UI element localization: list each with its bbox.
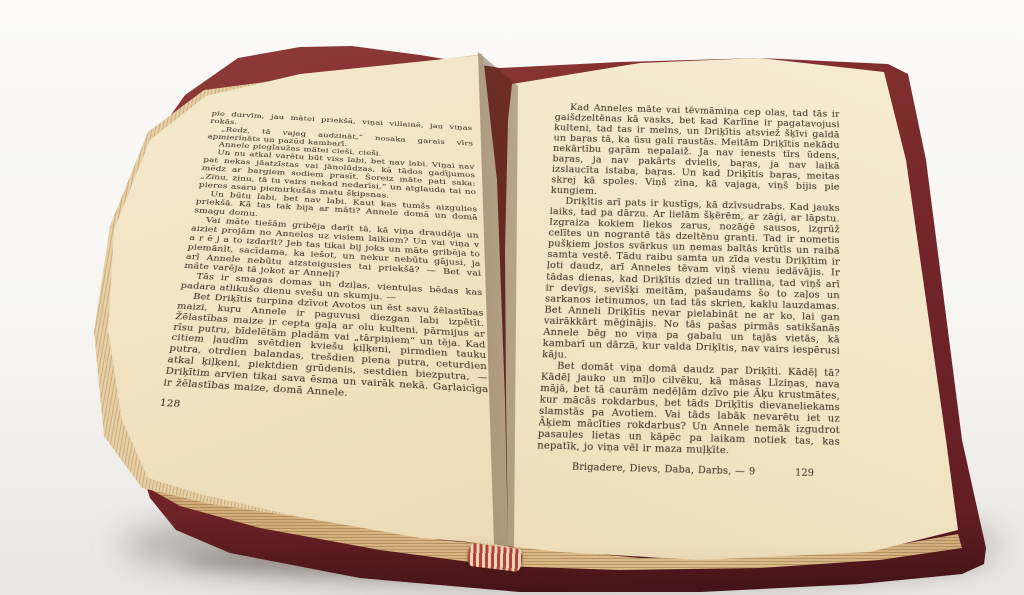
right-page-number: 129	[795, 468, 814, 480]
paragraph: Bet Driķītis turpina dzīvot Avotos un ēs…	[162, 291, 489, 408]
right-page-text: Kad Anneles māte vai tēvmāmiņa cep olas,…	[534, 77, 840, 514]
left-page-paragraphs: pie durvīm, jau mātei priekšā, viņai vil…	[162, 110, 489, 408]
left-page-text: pie durvīm, jau mātei priekšā, viņai vil…	[150, 110, 493, 476]
right-page-footer: Brigadere, Dievs, Daba, Darbs, — 9 129	[536, 461, 840, 480]
printer-signature: Brigadere, Dievs, Daba, Darbs, — 9	[572, 462, 756, 478]
photo-background: pie durvīm, jau mātei priekšā, viņai vil…	[0, 0, 1024, 595]
right-page-paragraphs: Kad Anneles māte vai tēvmāmiņa cep olas,…	[537, 103, 840, 460]
paragraph: Kad Anneles māte vai tēvmāmiņa cep olas,…	[550, 103, 839, 204]
paragraph: Bet domāt viņa domā daudz par Driķīti. K…	[537, 361, 840, 461]
paragraph: Driķītis arī pats ir kustīgs, kā dzīvsud…	[542, 197, 840, 369]
